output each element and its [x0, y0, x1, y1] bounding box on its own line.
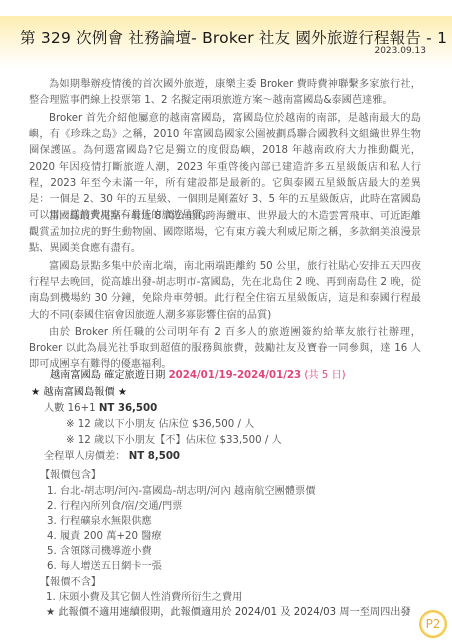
itinerary-paragraph: 富國島景點多集中於南北端，南北兩端距離約 50 公里，旅行社貼心安排五天四夜行程… — [29, 259, 421, 324]
excludes-note: ★ 此報價不適用連續假期，此報價適用於 2024/01 及 2024/03 周一… — [46, 603, 411, 618]
includes-item: 1. 台北-胡志明/河內-富國島-胡志明/河內 越南航空團體票價 — [47, 482, 315, 497]
child-with-bed: ※ 12 歲以下小朋友 佔床位 $36,500 / 人 — [66, 415, 254, 430]
includes-heading: 【報價包含】 — [40, 466, 101, 481]
child-no-bed: ※ 12 歲以下小朋友【不】佔床位 $33,500 / 人 — [66, 431, 282, 446]
page-title: 第 329 次例會 社務論壇- Broker 社友 國外旅遊行程報告 - 1 — [20, 26, 447, 48]
single-room-price: NT 8,500 — [129, 451, 180, 462]
report-date: 2023.09.13 — [374, 46, 426, 56]
excludes-heading: 【報價不含】 — [40, 573, 101, 588]
intro-paragraph: 為如期舉辦疫情後的首次國外旅遊，康樂主委 Broker 費時費神聯繫多家旅行社，… — [29, 77, 421, 109]
people-count-line: 人數 16+1 NT 36,500 — [44, 399, 157, 414]
includes-item: 4. 履責 200 萬+20 醫療 — [47, 527, 162, 542]
fuguo-intro-paragraph: Broker 首先介紹他屬意的越南富國島，富國島位於越南的南部，是越南最大的島嶼… — [29, 111, 421, 224]
single-room-line: 全程單人房價差： NT 8,500 — [44, 447, 180, 462]
trip-days: (共 5 日) — [304, 370, 345, 381]
trip-date-label: 越南富國島 確定旅遊日期 — [50, 370, 165, 381]
includes-item: 3. 行程礦泉水無限供應 — [47, 512, 152, 527]
includes-item: 5. 含領隊司機導遊小費 — [47, 542, 152, 557]
highlights-paragraph: 富國島最大亮點～有近 8 萬公里的跨海纜車、世界最大的木造雲霄飛車、可近距離觀賞… — [29, 209, 421, 258]
pricing-heading: ★ 越南富國島報價 ★ — [31, 383, 127, 398]
people-label: 人數 16+1 — [44, 403, 96, 414]
includes-item: 2. 行程內所列食/宿/交通/門票 — [47, 497, 182, 512]
single-room-label: 全程單人房價差： — [44, 451, 126, 462]
excludes-item: 1. 床頭小費及其它個人性消費所衍生之費用 — [46, 588, 242, 603]
page-number-badge: P2 — [419, 610, 447, 638]
people-price: NT 36,500 — [99, 403, 157, 414]
trip-date-line: 越南富國島 確定旅遊日期 2024/01/19-2024/01/23 (共 5 … — [50, 366, 346, 381]
trip-date-range: 2024/01/19-2024/01/23 — [169, 370, 302, 381]
includes-item: 6. 每人增送五日網卡一張 — [47, 557, 162, 572]
